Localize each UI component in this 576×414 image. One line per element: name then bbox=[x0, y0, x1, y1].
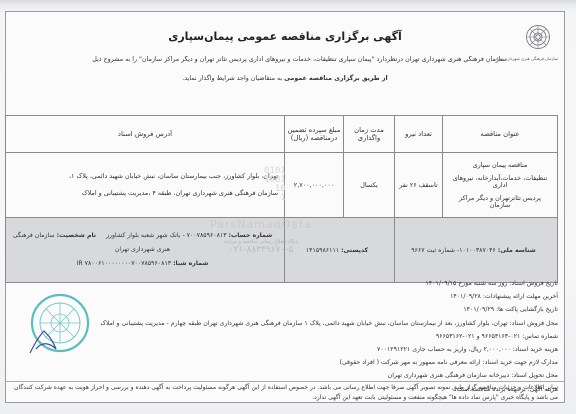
header-count: تعداد نیرو bbox=[395, 116, 443, 153]
detail-opening-date: تاریخ بازگشایی پاکت ها: ۱۴۰۱/۰۹/۲۹ bbox=[38, 303, 558, 316]
detail-sale-date: تاریخ فروش اسناد: روز سه شنبه مورخ ۱۴۰۱/… bbox=[38, 277, 558, 290]
header-title: عنوان مناقصه bbox=[443, 116, 558, 153]
disclaimer-line-2: می باشد و پایگاه خبری "پارس نماد داده ها… bbox=[9, 393, 558, 403]
header-deposit: مبلغ سپرده تضمین درمناقصه (ریال) bbox=[285, 116, 344, 153]
watermark-binary: 01011001 10 1 bbox=[264, 167, 286, 203]
title-line-3: پردیس تئاترتهران و دیگر مراکز سازمان bbox=[448, 195, 552, 208]
footer-divider bbox=[6, 381, 564, 382]
official-stamp-icon bbox=[22, 291, 90, 359]
sheba-value: IR ۷۸۰۰۶۱۰۰۰۰۰۰۰۰۷۰۰۷۸۵۹۶۰۸۱۳ bbox=[77, 260, 172, 267]
intro-bold: از طریق برگزاری مناقصه عمومی bbox=[284, 75, 388, 82]
sheba-label: شماره شبا: bbox=[173, 260, 208, 267]
title-line-2: تنظیفات، خدمات،آبدارخانه، نیروهای اداری bbox=[448, 175, 552, 188]
disclaimer-line-1: سایر اطلاعات و جزئیات مناقصه گزار طبق نم… bbox=[9, 383, 558, 393]
address-line-2: سازمان فرهنگی هنری شهرداری تهران، طبقه ۴… bbox=[7, 185, 278, 202]
scanned-page: سازمان فرهنگی هنری شهرداری تهران آگهی بر… bbox=[0, 0, 576, 414]
national-id-value: ۱۰۱۰۰۳۸۷۰۴۶- شماره ثبت ۹۶۶۷ bbox=[411, 247, 496, 254]
watermark-phone: ۰۲۱-۸۸۳۴۹۶۷۰-۵ bbox=[191, 245, 331, 255]
detail-required-docs: مدارک لازم جهت خرید اسناد: ارائه معرفی ن… bbox=[38, 356, 558, 369]
cell-address: تهران، بلوار کشاورز، جنب بیمارستان ساسان… bbox=[6, 153, 285, 218]
title-line-1: مناقصه پیمان سپاری bbox=[448, 162, 552, 168]
notice-title: آگهی برگزاری مناقصه عمومی پیمان‌سپاری bbox=[6, 30, 564, 43]
entity-label: نام شخصیت: bbox=[57, 232, 97, 239]
postal-label: کدپستی: bbox=[341, 247, 368, 254]
detail-phone: شماره تماس: ۰۲۱-۹۶۶۵۳۱۶۳ و ۰۲۱-۹۶۶۵۳۱۶۲ bbox=[38, 330, 558, 343]
watermark: ParsNamadData پایگاه اطلاع رسانی مناقصه … bbox=[191, 218, 331, 255]
intro-line-2: از طریق برگزاری مناقصه عمومی به متقاضیان… bbox=[6, 75, 564, 82]
address-line-1: تهران، بلوار کشاورز، جنب بیمارستان ساسان… bbox=[7, 168, 278, 185]
intro-line-1: سازمان فرهنگی هنری شهرداری تهران درنظردا… bbox=[12, 56, 506, 63]
detail-doc-cost: هزینه خرید اسناد: ۲,۰۰۰,۰۰۰ ریال، واریز … bbox=[38, 343, 558, 356]
disclaimer: سایر اطلاعات و جزئیات مناقصه گزار طبق نم… bbox=[9, 383, 558, 403]
intro-rest: به متقاضیان واجد شرایط واگذار نماید. bbox=[182, 75, 282, 82]
sheba-line: شماره شبا: IR ۷۸۰۰۶۱۰۰۰۰۰۰۰۰۷۰۰۷۸۵۹۶۰۸۱۳ bbox=[7, 257, 278, 271]
tender-details: تاریخ فروش اسناد: روز سه شنبه مورخ ۱۴۰۱/… bbox=[38, 277, 558, 396]
cell-title: مناقصه پیمان سپاری تنظیفات، خدمات،آبدارخ… bbox=[443, 153, 558, 218]
org-logo-caption: سازمان فرهنگی هنری شهرداری تهران bbox=[518, 56, 558, 61]
cell-duration: یکسال bbox=[344, 153, 395, 218]
header-address: آدرس فروش اسناد bbox=[6, 116, 285, 153]
detail-sale-location: محل فروش اسناد: تهران، بلوار کشاورز، بعد… bbox=[38, 317, 558, 330]
national-id-label: شناسه ملی: bbox=[498, 247, 536, 254]
watermark-brand: ParsNamadData bbox=[191, 218, 331, 231]
table-header-row: عنوان مناقصه تعداد نیرو مدت زمان واگذاری… bbox=[6, 116, 558, 153]
cell-count: تاسقف ۲۶ نفر bbox=[395, 153, 443, 218]
header-duration: مدت زمان واگذاری bbox=[344, 116, 395, 153]
cell-deposit: ۲,۷۰۰,۰۰۰,۰۰۰ bbox=[285, 153, 344, 218]
detail-deadline: آخرین مهلت ارائه پیشنهادات: ۱۴۰۱/۰۹/۲۸ bbox=[38, 290, 558, 303]
national-id-cell: شناسه ملی: ۱۰۱۰۰۳۸۷۰۴۶- شماره ثبت ۹۶۶۷ bbox=[395, 218, 558, 283]
